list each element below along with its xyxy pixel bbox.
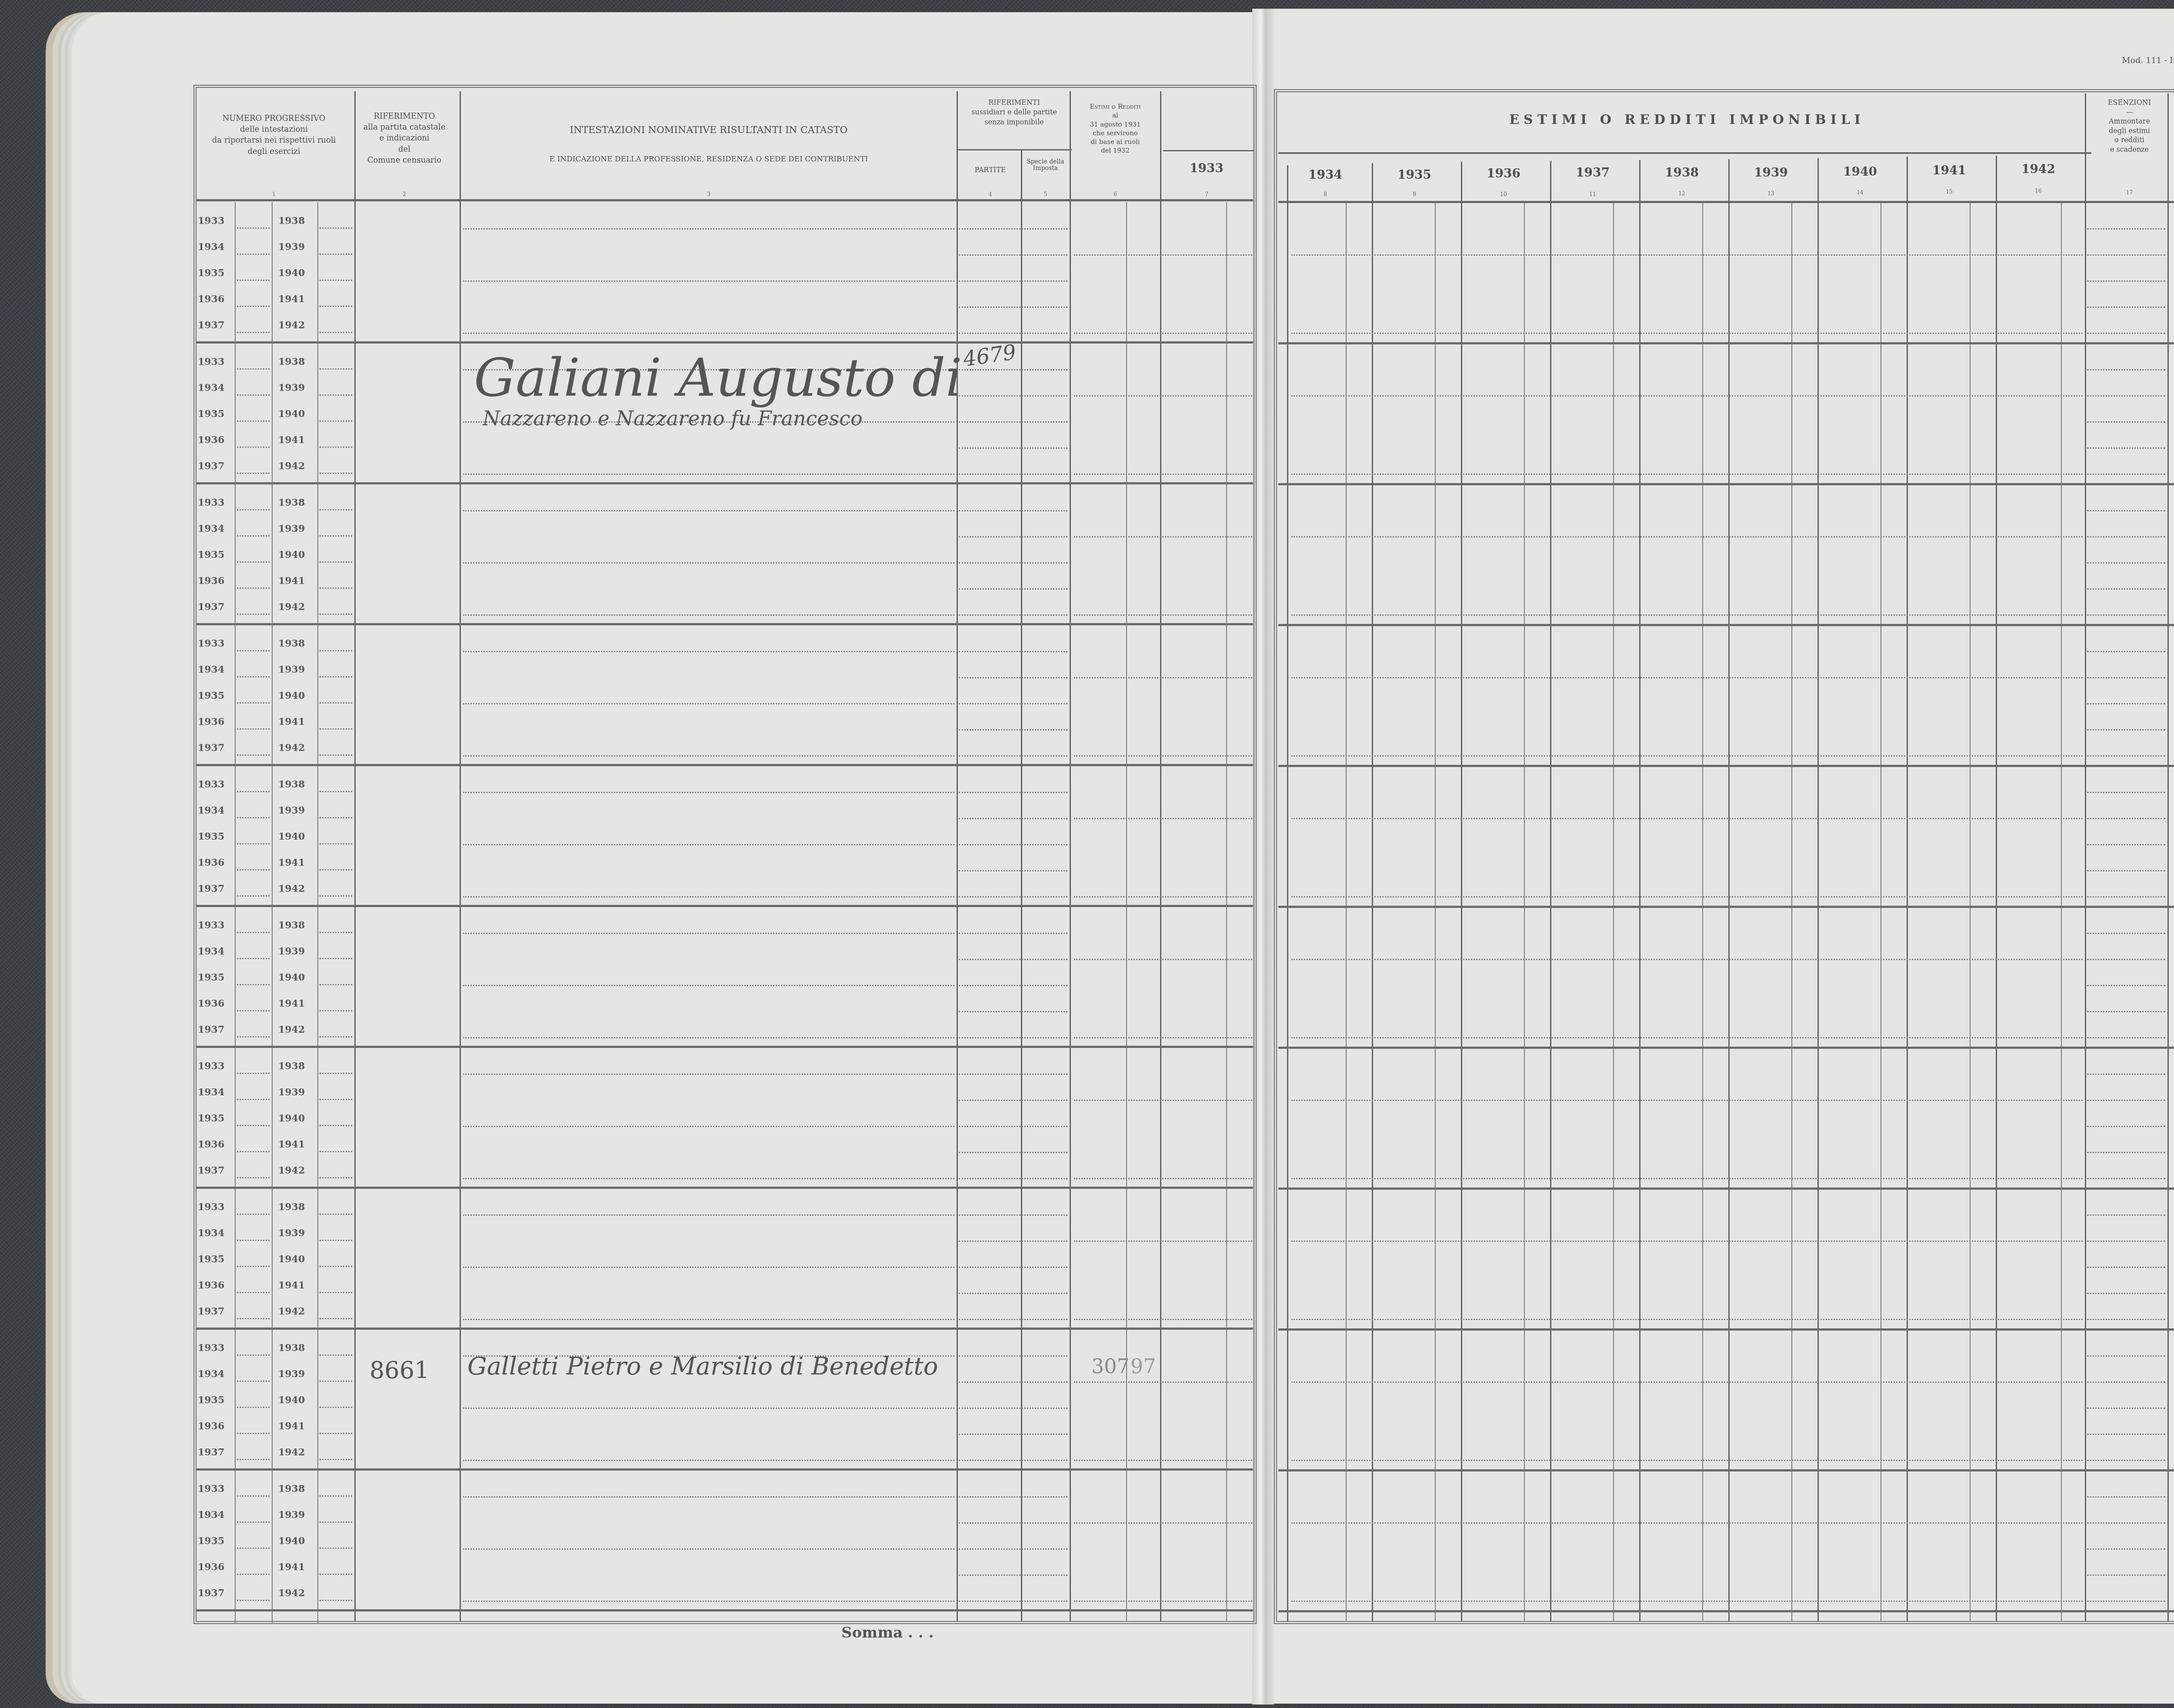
year-fill-line — [237, 1548, 270, 1549]
column-number: 12 — [1660, 190, 1704, 197]
year-label-left: 1935 — [198, 690, 224, 701]
exemption-fill-line — [2087, 1460, 2165, 1461]
amount-fill-line — [1074, 333, 1252, 334]
year-label-right: 1938 — [278, 215, 305, 227]
header-col45: RIFERIMENTI sussidiari e delle partite s… — [959, 98, 1070, 127]
block-rule-left — [197, 1328, 1253, 1330]
year-label-right: 1941 — [278, 434, 305, 446]
header-col17-line: o redditi — [2087, 135, 2172, 145]
column-divider — [1461, 162, 1462, 1622]
exemption-fill-line — [2087, 703, 2165, 704]
year-label-right: 1939 — [278, 1087, 305, 1098]
year-fill-line — [237, 754, 270, 756]
header-col6-line: del 1932 — [1070, 146, 1161, 155]
year-label-left: 1934 — [198, 1087, 224, 1098]
year-fill-line — [237, 650, 270, 651]
year-label-left: 1935 — [198, 972, 224, 983]
partite-fill-line — [959, 1100, 1067, 1101]
exemption-fill-line — [2087, 395, 2165, 397]
name-fill-line — [463, 985, 954, 986]
block-rule-left — [197, 482, 1253, 484]
block-rule-right — [1278, 1188, 2174, 1190]
year-fill-line — [320, 817, 352, 818]
header-year-1937: 1937 — [1571, 165, 1614, 180]
exemption-fill-line — [2087, 474, 2165, 475]
year-label-right: 1940 — [278, 972, 305, 983]
year-label-right: 1940 — [278, 690, 305, 701]
amount-fill-line — [1291, 536, 2083, 537]
exemption-fill-line — [2087, 1267, 2165, 1268]
year-fill-line — [237, 1433, 270, 1434]
year-label-right: 1940 — [278, 1535, 305, 1547]
year-label-left: 1934 — [198, 523, 224, 534]
year-fill-line — [237, 473, 270, 474]
year-fill-line — [320, 984, 352, 985]
year-label-left: 1937 — [198, 320, 224, 331]
partite-fill-line — [959, 1496, 1067, 1498]
name-fill-line — [463, 1548, 954, 1550]
year-fill-line — [320, 280, 352, 281]
year-label-right: 1942 — [278, 1306, 305, 1317]
header-col5-title: Specie della Imposta — [1023, 159, 1068, 172]
year-label-left: 1936 — [198, 1139, 224, 1150]
amount-fill-line — [1074, 536, 1252, 537]
header-col17: ESENZIONI — Ammontare degli estimi o red… — [2087, 98, 2172, 154]
amount-fill-line — [1291, 254, 2083, 256]
year-label-right: 1941 — [278, 998, 305, 1009]
partite-fill-line — [959, 870, 1067, 871]
year-fill-line — [320, 368, 352, 370]
cents-divider — [1613, 202, 1614, 1622]
partite-fill-line — [959, 1037, 1067, 1038]
year-label-right: 1939 — [278, 664, 305, 675]
header-sub-rule — [1163, 150, 1254, 151]
year-fill-line — [237, 1459, 270, 1460]
year-fill-line — [237, 869, 270, 871]
year-label-right: 1941 — [278, 1561, 305, 1573]
year-label-right: 1938 — [278, 638, 305, 649]
year-label-left: 1934 — [198, 664, 224, 675]
block-rule-right — [1278, 342, 2174, 344]
partite-fill-line — [959, 1267, 1067, 1268]
block-rule-left — [197, 341, 1253, 344]
partite-fill-line — [959, 844, 1067, 845]
name-fill-line — [463, 1601, 954, 1602]
name-fill-line — [463, 1037, 954, 1038]
amount-fill-line — [1074, 614, 1252, 616]
exemption-fill-line — [2087, 651, 2165, 652]
exemption-fill-line — [2087, 1100, 2165, 1101]
year-fill-line — [320, 676, 352, 677]
year-label-right: 1940 — [278, 831, 305, 842]
year-label-right: 1938 — [278, 497, 305, 508]
header-col17-line: Ammontare — [2087, 117, 2172, 126]
amount-fill-line — [1291, 614, 2083, 616]
year-fill-line — [320, 227, 352, 229]
partite-fill-line — [959, 1214, 1067, 1216]
year-label-left: 1934 — [198, 1368, 224, 1380]
block-rule-left — [197, 1609, 1253, 1611]
amount-fill-line — [1291, 1460, 2083, 1461]
year-label-left: 1936 — [198, 1280, 224, 1291]
year-fill-line — [320, 420, 352, 422]
year-label-right: 1940 — [278, 267, 305, 279]
year-label-left: 1937 — [198, 1447, 224, 1458]
amount-fill-line — [1291, 1178, 2083, 1179]
name-fill-line — [463, 703, 954, 704]
header-col6: Estimi o Redditi al 31 agosto 1931 che s… — [1070, 102, 1161, 155]
year-fill-line — [237, 1177, 270, 1178]
year-fill-line — [237, 561, 270, 563]
year-label-left: 1937 — [198, 1165, 224, 1176]
exemption-fill-line — [2087, 254, 2165, 256]
year-fill-line — [320, 1214, 352, 1215]
year-label-left: 1935 — [198, 1113, 224, 1124]
year-label-left: 1937 — [198, 1306, 224, 1317]
partite-fill-line — [959, 703, 1067, 704]
amount-fill-line — [1074, 818, 1252, 819]
exemption-fill-line — [2087, 1434, 2165, 1435]
exemption-fill-line — [2087, 1011, 2165, 1012]
column-divider — [354, 91, 356, 1622]
year-fill-line — [320, 1318, 352, 1319]
column-number: 8 — [1304, 191, 1347, 197]
exemption-fill-line — [2087, 1037, 2165, 1038]
year-fill-line — [237, 702, 270, 704]
year-label-left: 1934 — [198, 805, 224, 816]
record-name-handwritten: Galiani Augusto di — [474, 348, 962, 408]
year-label-right: 1941 — [278, 294, 305, 305]
amount-fill-line — [1291, 959, 2083, 960]
name-fill-line — [463, 651, 954, 652]
year-label-left: 1936 — [198, 1561, 224, 1573]
amount-fill-line — [1291, 1522, 2083, 1524]
name-fill-line — [463, 614, 954, 616]
header-col6-line: al — [1070, 111, 1161, 120]
year-label-left: 1935 — [198, 831, 224, 842]
year-label-right: 1942 — [278, 1447, 305, 1458]
year-fill-line — [237, 1010, 270, 1011]
year-fill-line — [320, 843, 352, 844]
year-label-right: 1938 — [278, 779, 305, 790]
year-fill-line — [237, 394, 270, 396]
block-rule-left — [197, 764, 1253, 766]
header-col45-title: RIFERIMENTI — [959, 98, 1070, 107]
block-rule-right — [1278, 483, 2174, 485]
year-label-left: 1933 — [198, 1342, 224, 1354]
name-fill-line — [463, 333, 954, 334]
year-label-left: 1933 — [198, 920, 224, 931]
year-label-left: 1936 — [198, 434, 224, 446]
year-fill-line — [320, 447, 352, 448]
year-label-right: 1941 — [278, 857, 305, 868]
header-col17-title: ESENZIONI — [2087, 98, 2172, 107]
cents-divider — [1126, 202, 1127, 1622]
partite-fill-line — [959, 651, 1067, 652]
block-rule-left — [197, 623, 1253, 625]
year-fill-line — [237, 227, 270, 229]
partite-fill-line — [959, 307, 1067, 308]
year-fill-line — [237, 1521, 270, 1523]
column-number: 1 — [198, 191, 350, 197]
header-col7-year: 1933 — [1185, 161, 1228, 175]
column-divider — [1996, 156, 1997, 1622]
year-fill-line — [237, 958, 270, 959]
cents-divider — [1702, 202, 1703, 1622]
column-divider — [957, 91, 958, 1622]
year-fill-line — [237, 535, 270, 537]
exemption-fill-line — [2087, 1214, 2165, 1216]
header-estimi-title: ESTIMI O REDDITI IMPONIBILI — [1283, 111, 2091, 129]
amount-fill-line — [1074, 896, 1252, 897]
header-sub-rule — [1278, 152, 2091, 154]
partite-fill-line — [959, 959, 1067, 960]
partite-fill-line — [959, 1074, 1067, 1075]
exemption-fill-line — [2087, 844, 2165, 845]
year-label-right: 1939 — [278, 1228, 305, 1239]
year-label-left: 1933 — [198, 779, 224, 790]
year-fill-line — [237, 1407, 270, 1408]
partite-fill-line — [959, 1241, 1067, 1242]
partite-fill-line — [959, 933, 1067, 934]
year-fill-line — [320, 587, 352, 589]
year-label-right: 1939 — [278, 805, 305, 816]
exemption-fill-line — [2087, 933, 2165, 934]
ledger-table-left — [193, 85, 1257, 1624]
year-fill-line — [237, 420, 270, 422]
partite-fill-line — [959, 755, 1067, 757]
somma-label: Somma . . . — [841, 1624, 934, 1641]
year-fill-line — [320, 1073, 352, 1074]
year-fill-line — [320, 1292, 352, 1293]
partite-fill-line — [959, 474, 1067, 475]
exemption-fill-line — [2087, 1178, 2165, 1179]
partite-fill-line — [959, 1126, 1067, 1127]
block-rule-right — [1278, 1469, 2174, 1471]
exemption-fill-line — [2087, 896, 2165, 897]
year-label-left: 1936 — [198, 1421, 224, 1432]
cents-divider — [1791, 202, 1792, 1622]
exemption-fill-line — [2087, 536, 2165, 537]
year-fill-line — [320, 1600, 352, 1601]
year-fill-line — [320, 1125, 352, 1126]
exemption-fill-line — [2087, 588, 2165, 590]
cents-divider — [1881, 202, 1881, 1622]
header-col2-line: alla partita catastale — [357, 122, 452, 133]
partite-fill-line — [959, 677, 1067, 678]
year-fill-line — [237, 728, 270, 730]
header-col1: NUMERO PROGRESSIVO delle intestazioni da… — [198, 113, 350, 157]
exemption-fill-line — [2087, 1601, 2165, 1602]
exemption-fill-line — [2087, 729, 2165, 731]
year-label-right: 1939 — [278, 241, 305, 253]
year-label-left: 1934 — [198, 382, 224, 394]
column-number: 11 — [1571, 191, 1614, 197]
year-label-left: 1934 — [198, 241, 224, 253]
year-fill-line — [237, 984, 270, 985]
year-label-right: 1938 — [278, 1342, 305, 1354]
year-fill-line — [320, 1459, 352, 1460]
year-label-left: 1937 — [198, 742, 224, 754]
amount-fill-line — [1074, 395, 1252, 397]
record-ref-handwritten: 8661 — [370, 1357, 429, 1384]
year-fill-line — [237, 1266, 270, 1267]
year-label-left: 1935 — [198, 1394, 224, 1406]
record-detail-handwritten: Nazzareno e Nazzareno fu Francesco — [483, 407, 863, 430]
name-fill-line — [463, 228, 954, 230]
year-fill-line — [320, 932, 352, 933]
block-rule-left — [197, 905, 1253, 907]
column-divider — [2167, 93, 2169, 1622]
amount-fill-line — [1074, 1319, 1252, 1320]
year-fill-line — [237, 1036, 270, 1037]
header-col6-line: di base ai ruoli — [1070, 137, 1161, 146]
cents-divider — [1970, 202, 1971, 1622]
exemption-fill-line — [2087, 333, 2165, 334]
name-fill-line — [463, 1496, 954, 1498]
block-rule-right — [1278, 1047, 2174, 1049]
year-label-left: 1936 — [198, 294, 224, 305]
partite-fill-line — [959, 510, 1067, 511]
partite-fill-line — [959, 818, 1067, 819]
year-fill-line — [237, 447, 270, 448]
year-fill-line — [237, 817, 270, 818]
column-number: 14 — [1838, 190, 1882, 196]
column-number: 13 — [1749, 190, 1793, 197]
partite-fill-line — [959, 1178, 1067, 1179]
amount-fill-line — [1074, 1241, 1252, 1242]
cents-divider — [2061, 202, 2062, 1622]
year-label-right: 1941 — [278, 575, 305, 587]
year-fill-line — [237, 1214, 270, 1215]
exemption-fill-line — [2087, 1126, 2165, 1127]
column-divider — [1372, 163, 1373, 1622]
name-fill-line — [463, 562, 954, 564]
year-label-left: 1935 — [198, 549, 224, 560]
partite-fill-line — [959, 1434, 1067, 1435]
year-fill-line — [320, 535, 352, 537]
year-fill-line — [320, 1151, 352, 1152]
exemption-fill-line — [2087, 1293, 2165, 1294]
year-label-left: 1936 — [198, 716, 224, 727]
year-label-right: 1938 — [278, 1483, 305, 1494]
exemption-fill-line — [2087, 818, 2165, 819]
header-col2-line: e indicazioni — [357, 133, 452, 143]
exemption-fill-line — [2087, 228, 2165, 230]
column-number: 15 — [1927, 189, 1971, 195]
name-fill-line — [463, 1267, 954, 1268]
header-col17-dash: — — [2087, 107, 2172, 117]
year-label-left: 1933 — [198, 215, 224, 227]
year-fill-line — [320, 1240, 352, 1241]
name-fill-line — [463, 1460, 954, 1461]
partite-fill-line — [959, 536, 1067, 537]
block-rule-right — [1278, 765, 2174, 767]
column-divider — [1550, 161, 1551, 1622]
year-label-right: 1942 — [278, 320, 305, 331]
year-label-left: 1937 — [198, 601, 224, 613]
year-fill-line — [237, 1292, 270, 1293]
year-fill-line — [320, 1354, 352, 1356]
year-label-right: 1942 — [278, 1588, 305, 1599]
amount-fill-line — [1074, 959, 1252, 960]
year-fill-line — [237, 332, 270, 333]
amount-fill-line — [1291, 755, 2083, 757]
header-col6-title: Estimi o Redditi — [1070, 102, 1161, 111]
cents-divider — [1435, 202, 1436, 1622]
partite-fill-line — [959, 1381, 1067, 1383]
partite-fill-line — [959, 614, 1067, 616]
name-fill-line — [463, 1214, 954, 1216]
header-year-1934: 1934 — [1304, 167, 1347, 182]
year-label-right: 1942 — [278, 460, 305, 472]
header-year-1941: 1941 — [1927, 163, 1971, 177]
year-fill-line — [237, 1574, 270, 1575]
partite-fill-line — [959, 1319, 1067, 1320]
year-label-left: 1933 — [198, 1061, 224, 1072]
partite-fill-line — [959, 1152, 1067, 1153]
year-fill-line — [237, 280, 270, 281]
amount-fill-line — [1291, 333, 2083, 334]
year-label-left: 1933 — [198, 1201, 224, 1213]
year-label-right: 1941 — [278, 1280, 305, 1291]
header-col2-line: del — [357, 144, 452, 155]
partite-fill-line — [959, 1460, 1067, 1461]
column-divider — [1287, 165, 1288, 1622]
year-label-right: 1938 — [278, 1061, 305, 1072]
amount-fill-line — [1074, 1601, 1252, 1602]
partite-fill-line — [959, 896, 1067, 897]
year-fill-line — [237, 1073, 270, 1074]
exemption-fill-line — [2087, 421, 2165, 423]
amount-fill-line — [1291, 395, 2083, 397]
year-fill-line — [237, 368, 270, 370]
name-fill-line — [463, 844, 954, 845]
record-estimo-handwritten: 307 — [1091, 1354, 1130, 1378]
year-fill-line — [237, 843, 270, 844]
year-divider — [235, 202, 236, 1624]
amount-fill-line — [1291, 1241, 2083, 1242]
column-number: 10 — [1482, 191, 1525, 197]
year-label-right: 1939 — [278, 1368, 305, 1380]
header-col2-line: Comune censuario — [357, 155, 452, 166]
year-label-left: 1937 — [198, 460, 224, 472]
exemption-fill-line — [2087, 1575, 2165, 1576]
name-fill-line — [463, 1178, 954, 1179]
year-label-right: 1938 — [278, 356, 305, 367]
year-label-right: 1940 — [278, 1254, 305, 1265]
year-fill-line — [237, 1151, 270, 1152]
year-label-right: 1941 — [278, 1139, 305, 1150]
exemption-fill-line — [2087, 959, 2165, 960]
year-label-left: 1934 — [198, 1509, 224, 1521]
header-year-1938: 1938 — [1660, 165, 1704, 180]
name-fill-line — [463, 280, 954, 282]
year-fill-line — [320, 1521, 352, 1523]
column-number: 7 — [1185, 191, 1228, 197]
column-divider — [1907, 157, 1908, 1622]
partite-fill-line — [959, 1522, 1067, 1524]
amount-fill-line — [1291, 896, 2083, 897]
year-fill-line — [237, 895, 270, 897]
header-col17-line: degli estimi — [2087, 126, 2172, 136]
year-fill-line — [237, 614, 270, 615]
year-label-right: 1941 — [278, 716, 305, 727]
exemption-fill-line — [2087, 307, 2165, 308]
year-fill-line — [320, 473, 352, 474]
header-col1-line: da riportarsi nei rispettivi ruoli — [198, 135, 350, 146]
partite-fill-line — [959, 1293, 1067, 1294]
